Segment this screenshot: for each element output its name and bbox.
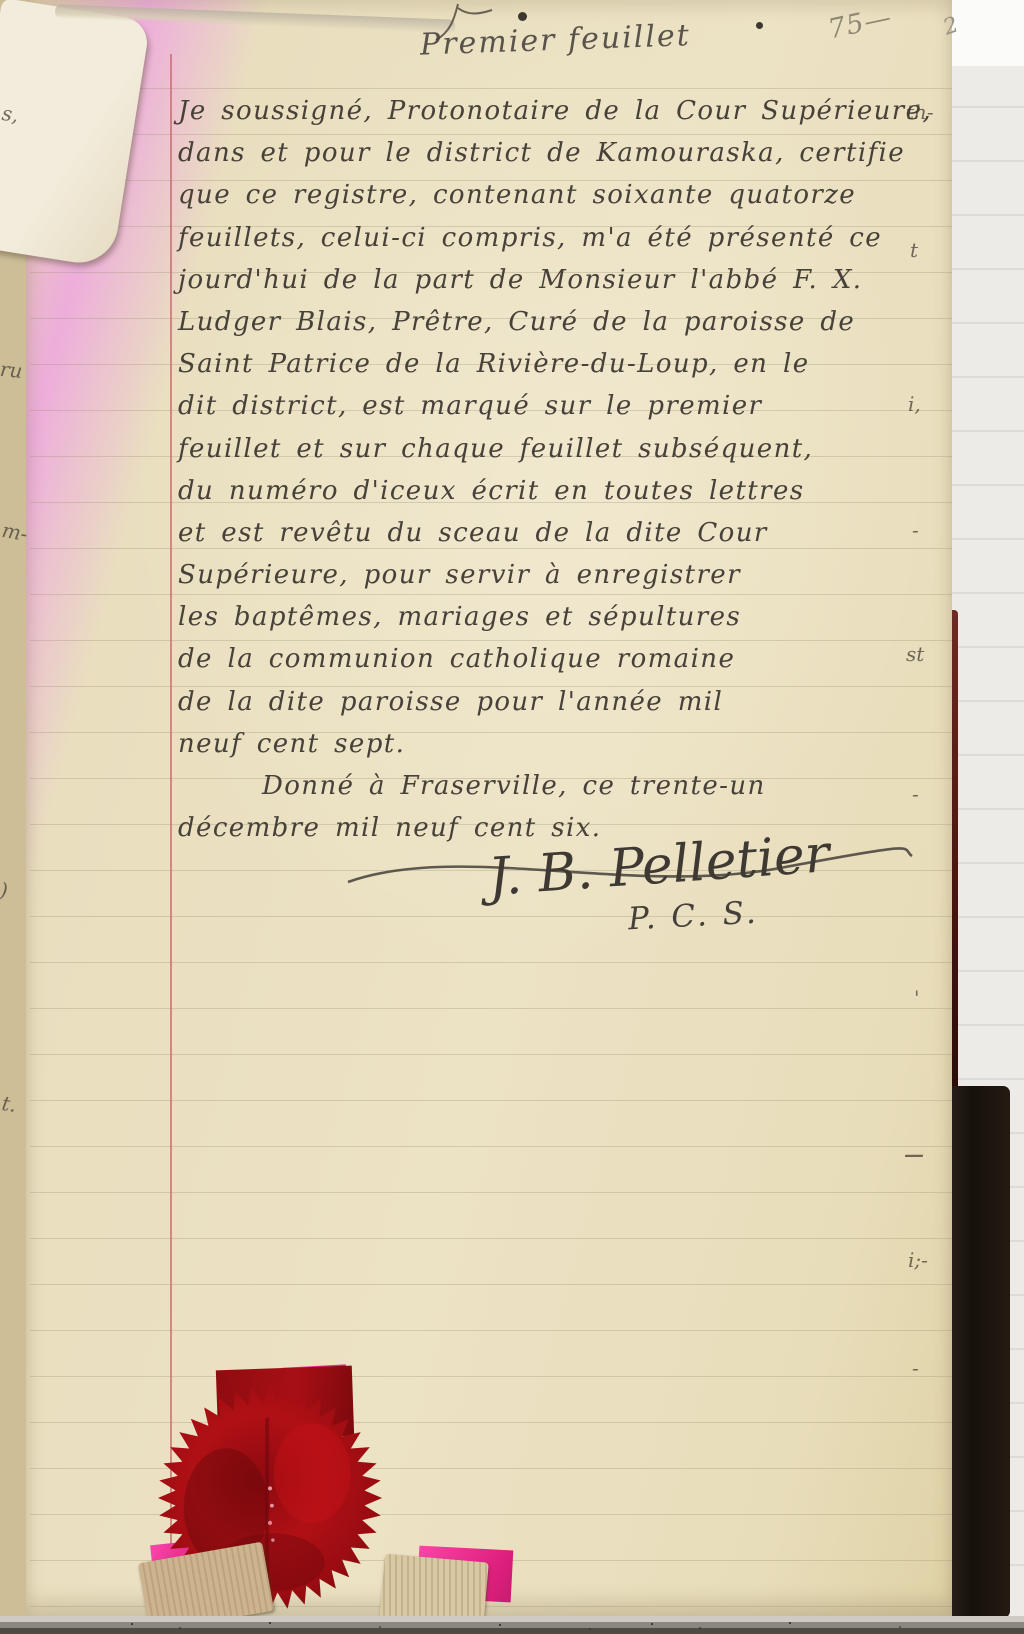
edge-ink-fragment: t: [910, 238, 918, 262]
scanned-document-canvas: Premier feuillet 75— 2 Je soussigné, Pro…: [0, 0, 1024, 1634]
signature-title: P. C. S.: [627, 895, 759, 938]
body-line: neuf cent sept.: [178, 723, 922, 765]
body-line: dit district, est marqué sur le premier: [178, 385, 922, 427]
body-line: de la communion catholique romaine: [178, 638, 922, 680]
stray-ink-scribble: [428, 2, 498, 44]
edge-ink-fragment: i;-: [908, 1248, 928, 1272]
body-line: feuillets, celui-ci compris, m'a été pré…: [178, 217, 922, 259]
edge-ink-fragment: -: [912, 1356, 919, 1380]
body-line: de la dite paroisse pour l'année mil: [178, 681, 922, 723]
body-line: dans et pour le district de Kamouraska, …: [178, 132, 922, 174]
body-line: jourd'hui de la part de Monsieur l'abbé …: [178, 259, 922, 301]
body-text: Je soussigné, Protonotaire de la Cour Su…: [178, 90, 922, 849]
ink-blot: [756, 22, 763, 29]
edge-ink-fragment: —: [904, 1142, 924, 1166]
edge-ink-fragment: s,: [0, 101, 20, 127]
body-line: et est revêtu du sceau de la dite Cour: [178, 512, 922, 554]
book-cover: [948, 1086, 1010, 1618]
body-line: Saint Patrice de la Rivière-du-Loup, en …: [178, 343, 922, 385]
edge-ink-fragment: th-: [906, 100, 934, 124]
body-line: Je soussigné, Protonotaire de la Cour Su…: [178, 90, 922, 132]
body-line: Supérieure, pour servir à enregistrer: [178, 554, 922, 596]
body-line: Donné à Fraserville, ce trente-un: [178, 765, 922, 807]
edge-ink-fragment: m-: [0, 518, 30, 546]
red-margin-line: [170, 54, 172, 1610]
edge-ink-fragment: -: [912, 782, 919, 806]
edge-ink-fragment: i,: [908, 392, 921, 416]
edge-ink-fragment: ': [914, 986, 920, 1010]
edge-ink-fragment: st: [906, 642, 924, 666]
body-line: feuillet et sur chaque feuillet subséque…: [178, 428, 922, 470]
body-line: Ludger Blais, Prêtre, Curé de la paroiss…: [178, 301, 922, 343]
body-line: les baptêmes, mariages et sépultures: [178, 596, 922, 638]
ink-blot: [518, 12, 527, 21]
edge-ink-fragment: -: [912, 518, 919, 542]
body-line: du numéro d'iceux écrit en toutes lettre…: [178, 470, 922, 512]
floor-speckles: [120, 1620, 920, 1632]
edge-ink-fragment: ru: [0, 357, 24, 383]
body-line: que ce registre, contenant soixante quat…: [178, 174, 922, 216]
